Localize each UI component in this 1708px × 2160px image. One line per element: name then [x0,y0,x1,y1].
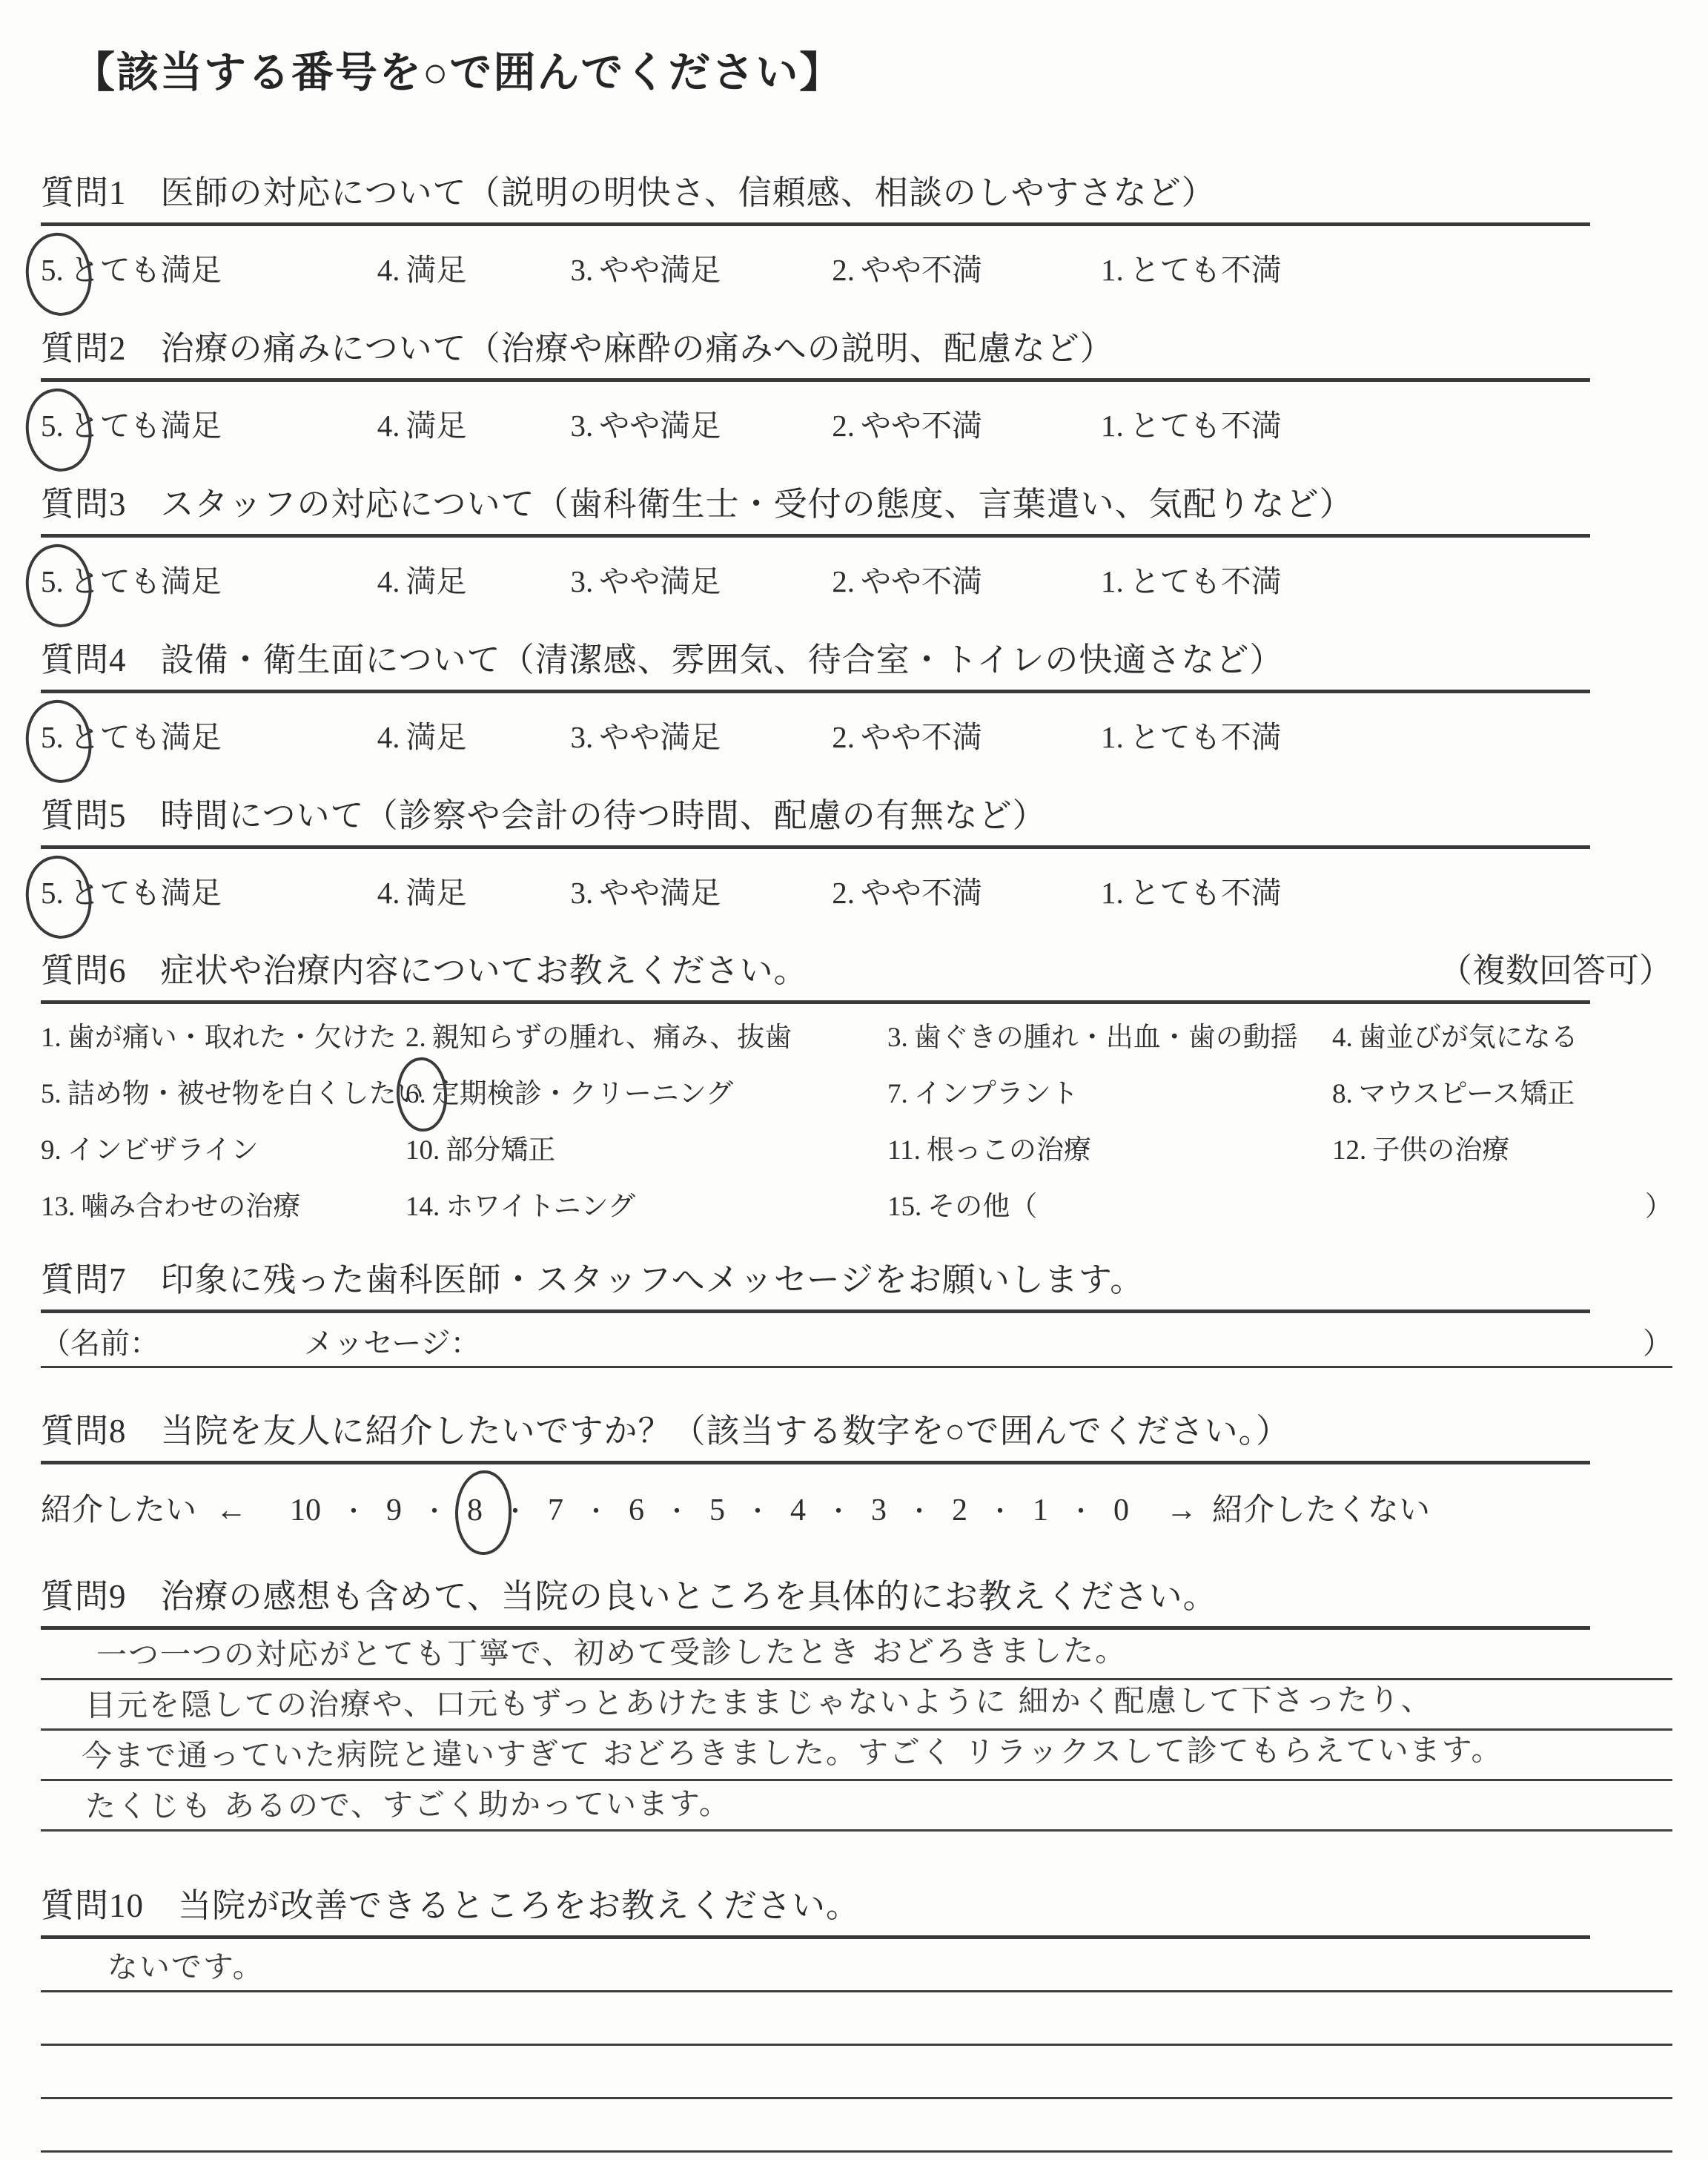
rating-option-2: 2.やや不満 [832,868,982,912]
option-label: とても不満 [1130,253,1282,287]
question-3-options: 5.とても満足 4.満足 3.やや満足 2.やや不満 1.とても不満 [41,557,1672,601]
handwritten-answer: ないです。 [107,1942,265,1986]
rating-option-3: 3.やや満足 [571,557,721,601]
rating-option-3: 3.やや満足 [571,713,721,756]
option-number: 4. [1332,1023,1353,1053]
handwritten-answer: たくじも あるので、すごく助かっています。 [85,1779,731,1826]
rating-option-4: 4.満足 [377,557,467,601]
dot-separator: ・ [664,1491,689,1527]
nps-left-label: 紹介したい [41,1485,196,1530]
rating-option-4: 4.満足 [377,401,467,445]
dot-separator: ・ [987,1491,1013,1527]
rating-option-2: 2.やや不満 [832,245,982,289]
q6-option-14: 14.ホワイトニング [406,1189,887,1225]
q6-option-10: 10.部分矯正 [406,1133,887,1169]
multi-answer-note: （複数回答可） [1439,943,1672,991]
option-number: 5. [41,720,64,754]
option-number: 3. [887,1023,908,1053]
option-label: とても不満 [1130,409,1282,443]
option-number: 8. [1332,1079,1353,1109]
answer-line: 目元を隠しての治療や、口元もずっとあけたままじゃないように 細かく配慮して下さっ… [41,1680,1672,1731]
option-number: 4. [377,409,400,443]
option-number: 4. [377,720,400,754]
q6-option-13: 13.噛み合わせの治療 [41,1189,406,1225]
option-label: とても満足 [70,876,222,910]
option-number: 4. [377,253,400,287]
question-3-heading: 質問3 スタッフの対応について（歯科衛生士・受付の態度、言葉遣い、気配りなど） [41,483,1672,525]
nps-2: 2 [952,1493,967,1528]
q6-option-4: 4.歯並びが気になる [1332,1020,1672,1056]
option-number: 15. [887,1192,921,1222]
option-label: 歯が痛い・取れた・欠けた [67,1023,397,1053]
nps-right-label: 紹介したくない [1212,1485,1430,1530]
question-2: 質問2 治療の痛みについて（治療や麻酔の痛みへの説明、配慮など） 5.とても満足… [41,328,1672,445]
q6-option-15: 15.その他（ [887,1189,1332,1225]
rating-option-1: 1.とても不満 [1101,401,1282,445]
q6-option-3: 3.歯ぐきの腫れ・出血・歯の動揺 [887,1020,1332,1056]
question-1: 質問1 医師の対応について（説明の明快さ、信頼感、相談のしやすさなど） 5.とて… [41,172,1672,289]
option-number: 10. [406,1135,440,1166]
nps-3: 3 [871,1493,887,1528]
option-number: 1. [41,1023,62,1053]
option-number: 4. [377,564,400,598]
answer-line [41,1992,1672,2046]
option-label: 歯ぐきの腫れ・出血・歯の動揺 [914,1023,1298,1053]
dot-separator: ・ [422,1491,447,1527]
option-label: 子供の治療 [1372,1135,1509,1166]
nps-1: 1 [1033,1493,1048,1528]
divider [41,534,1590,538]
option-label: やや不満 [861,720,982,754]
handwritten-answer: 一つ一つの対応がとても丁寧で、初めて受診したとき おどろきました。 [96,1626,1127,1674]
rating-option-4: 4.満足 [377,245,467,289]
question-9-heading: 質問9 治療の感想も含めて、当院の良いところを具体的にお教えください。 [41,1576,1672,1617]
nps-5: 5 [709,1493,725,1528]
rating-option-5: 5.とても満足 [41,557,222,601]
option-label: 満足 [406,564,467,598]
answer-line: 今まで通っていた病院と違いすぎて おどろきました。すごく リラックスして診てもら… [41,1731,1672,1781]
dot-separator: ・ [503,1491,528,1527]
option-number: 1. [1101,564,1124,598]
question-7-heading: 質問7 印象に残った歯科医師・スタッフへメッセージをお願いします。 [41,1259,1672,1301]
q6-option-1: 1.歯が痛い・取れた・欠けた [41,1020,406,1056]
option-label: 噛み合わせの治療 [81,1192,300,1222]
question-4-options: 5.とても満足 4.満足 3.やや満足 2.やや不満 1.とても不満 [41,713,1672,756]
answer-line [41,2099,1672,2153]
option-label: 満足 [406,720,467,754]
divider [41,222,1590,226]
option-number: 2. [406,1023,426,1053]
option-label: とても不満 [1130,720,1282,754]
rating-option-3: 3.やや満足 [571,868,721,912]
rating-option-3: 3.やや満足 [571,245,721,289]
option-number: 3. [571,720,594,754]
answer-line [41,2046,1672,2099]
option-number: 6. [406,1079,426,1109]
rating-option-5: 5.とても満足 [41,401,222,445]
question-10-heading: 質問10 当院が改善できるところをお教えください。 [41,1885,1672,1926]
question-5-heading: 質問5 時間について（診察や会計の待つ時間、配慮の有無など） [41,795,1672,836]
option-number: 1. [1101,409,1124,443]
question-1-heading: 質問1 医師の対応について（説明の明快さ、信頼感、相談のしやすさなど） [41,172,1672,214]
name-field-label: （名前： [41,1320,159,1362]
option-label: 根っこの治療 [927,1135,1091,1166]
handwritten-answer: 今まで通っていた病院と違いすぎて おどろきました。すごく リラックスして診てもら… [82,1725,1503,1775]
option-label: その他（ [927,1192,1037,1222]
option-number: 5. [41,409,64,443]
rating-option-5: 5.とても満足 [41,868,222,912]
q6-option-2: 2.親知らずの腫れ、痛み、抜歯 [406,1020,887,1056]
option-number: 2. [832,253,855,287]
option-number: 5. [41,253,64,287]
dot-separator: ・ [907,1491,932,1527]
nps-scale: 紹介したい ← 10 ・ 9 ・ 8 ・ 7 ・ 6 ・ 5 ・ 4 ・ 3 ・… [41,1485,1672,1530]
question-7: 質問7 印象に残った歯科医師・スタッフへメッセージをお願いします。 （名前： メ… [41,1259,1672,1368]
right-arrow-icon: → [1166,1493,1197,1528]
q6-option-11: 11.根っこの治療 [887,1133,1332,1169]
nps-0: 0 [1113,1493,1129,1528]
option-number: 11. [887,1135,921,1166]
option-label: とても満足 [70,409,222,443]
option-label: とても満足 [70,564,222,598]
option-label: インプラント [914,1079,1079,1109]
option-label: 歯並びが気になる [1359,1023,1578,1053]
answer-line: ないです。 [41,1939,1672,1992]
question-5-options: 5.とても満足 4.満足 3.やや満足 2.やや不満 1.とても不満 [41,868,1672,912]
q6-option-12: 12.子供の治療 [1332,1133,1672,1169]
question-4: 質問4 設備・衛生面について（清潔感、雰囲気、待合室・トイレの快適さなど） 5.… [41,639,1672,756]
option-label: 部分矯正 [446,1135,555,1166]
option-number: 14. [406,1192,440,1222]
other-close-paren: ） [1332,1189,1672,1225]
option-label: やや不満 [861,253,982,287]
close-paren: ） [1643,1320,1672,1362]
option-number: 1. [1101,720,1124,754]
option-number: 1. [1101,876,1124,910]
question-8: 質問8 当院を友人に紹介したいですか？（該当する数字を○で囲んでください。） 紹… [41,1410,1672,1530]
option-number: 7. [887,1079,908,1109]
rating-option-1: 1.とても不満 [1101,868,1282,912]
question-2-options: 5.とても満足 4.満足 3.やや満足 2.やや不満 1.とても不満 [41,401,1672,445]
survey-page: 【該当する番号を○で囲んでください】 質問1 医師の対応について（説明の明快さ、… [0,0,1708,2160]
question-2-heading: 質問2 治療の痛みについて（治療や麻酔の痛みへの説明、配慮など） [41,328,1672,369]
rating-option-1: 1.とても不満 [1101,557,1282,601]
q7-answer-line: （名前： メッセージ： ） [41,1313,1672,1368]
option-label: インビザライン [67,1135,259,1166]
option-label: 満足 [406,409,467,443]
option-label: とても満足 [70,253,222,287]
handwritten-answer: 目元を隠しての治療や、口元もずっとあけたままじゃないように 細かく配慮して下さっ… [85,1675,1433,1725]
option-number: 5. [41,876,64,910]
question-3: 質問3 スタッフの対応について（歯科衛生士・受付の態度、言葉遣い、気配りなど） … [41,483,1672,601]
rating-option-5: 5.とても満足 [41,245,222,289]
option-label: とても不満 [1130,564,1282,598]
option-label: 親知らずの腫れ、痛み、抜歯 [432,1023,792,1053]
nps-9: 9 [386,1493,402,1528]
divider [41,845,1590,849]
nps-10: 10 [290,1493,321,1528]
rating-option-2: 2.やや不満 [832,557,982,601]
nps-6: 6 [629,1493,644,1528]
dot-separator: ・ [583,1491,609,1527]
option-label: とても不満 [1130,876,1282,910]
option-number: 12. [1332,1135,1366,1166]
dot-separator: ・ [341,1491,366,1527]
dot-separator: ・ [745,1491,770,1527]
option-label: とても満足 [70,720,222,754]
option-label: 満足 [406,876,467,910]
option-number: 2. [832,720,855,754]
rating-option-2: 2.やや不満 [832,713,982,756]
option-number: 3. [571,253,594,287]
option-label: マウスピース矯正 [1359,1079,1575,1109]
option-label: 満足 [406,253,467,287]
rating-option-1: 1.とても不満 [1101,713,1282,756]
question-9: 質問9 治療の感想も含めて、当院の良いところを具体的にお教えください。 一つ一つ… [41,1576,1672,1832]
question-6-heading: 質問6 症状や治療内容についてお教えください。 [41,950,808,991]
left-arrow-icon: ← [216,1493,247,1528]
question-8-heading: 質問8 当院を友人に紹介したいですか？（該当する数字を○で囲んでください。） [41,1410,1672,1452]
option-number: 2. [832,876,855,910]
divider [41,378,1590,382]
option-label: やや満足 [599,253,721,287]
dot-separator: ・ [826,1491,851,1527]
q6-option-8: 8.マウスピース矯正 [1332,1077,1672,1112]
answer-line: たくじも あるので、すごく助かっています。 [41,1781,1672,1832]
rating-option-4: 4.満足 [377,713,467,756]
question-5: 質問5 時間について（診察や会計の待つ時間、配慮の有無など） 5.とても満足 4… [41,795,1672,912]
option-number: 2. [832,409,855,443]
question-10: 質問10 当院が改善できるところをお教えください。 ないです。 [41,1885,1672,2153]
divider [41,1461,1590,1464]
option-number: 3. [571,876,594,910]
question-4-heading: 質問4 設備・衛生面について（清潔感、雰囲気、待合室・トイレの快適さなど） [41,639,1672,681]
rating-option-3: 3.やや満足 [571,401,721,445]
question-6: 質問6 症状や治療内容についてお教えください。 （複数回答可） 1.歯が痛い・取… [41,943,1672,1225]
option-number: 1. [1101,253,1124,287]
option-label: 定期検診・クリーニング [432,1079,733,1109]
option-label: やや不満 [861,564,982,598]
option-number: 4. [377,876,400,910]
answer-line: 一つ一つの対応がとても丁寧で、初めて受診したとき おどろきました。 [41,1630,1672,1680]
option-number: 9. [41,1135,62,1166]
option-label: やや満足 [599,564,721,598]
rating-option-5: 5.とても満足 [41,713,222,756]
option-label: 詰め物・被せ物を白くしたい [67,1079,424,1109]
page-title: 【該当する番号を○で囲んでください】 [73,39,843,99]
nps-8: 8 [467,1493,483,1527]
message-field-label: メッセージ： [304,1320,480,1362]
option-label: やや満足 [599,720,721,754]
q6-option-9: 9.インビザライン [41,1133,406,1169]
q6-option-6: 6.定期検診・クリーニング [406,1077,887,1112]
nps-7: 7 [548,1493,563,1528]
option-number: 3. [571,409,594,443]
nps-4: 4 [790,1493,806,1528]
option-label: やや不満 [861,409,982,443]
divider [41,690,1590,693]
option-label: やや満足 [599,876,721,910]
option-label: ホワイトニング [446,1192,635,1222]
option-number: 5. [41,1079,62,1109]
question-1-options: 5.とても満足 4.満足 3.やや満足 2.やや不満 1.とても不満 [41,245,1672,289]
question-6-options: 1.歯が痛い・取れた・欠けた 2.親知らずの腫れ、痛み、抜歯 3.歯ぐきの腫れ・… [41,1020,1672,1225]
option-number: 5. [41,564,64,598]
dot-separator: ・ [1068,1491,1093,1527]
option-label: やや不満 [861,876,982,910]
option-label: やや満足 [599,409,721,443]
option-number: 3. [571,564,594,598]
divider [41,1000,1590,1004]
option-number: 13. [41,1192,75,1222]
rating-option-1: 1.とても不満 [1101,245,1282,289]
q6-option-7: 7.インプラント [887,1077,1332,1112]
rating-option-2: 2.やや不満 [832,401,982,445]
rating-option-4: 4.満足 [377,868,467,912]
q6-option-5: 5.詰め物・被せ物を白くしたい [41,1077,406,1112]
option-number: 2. [832,564,855,598]
